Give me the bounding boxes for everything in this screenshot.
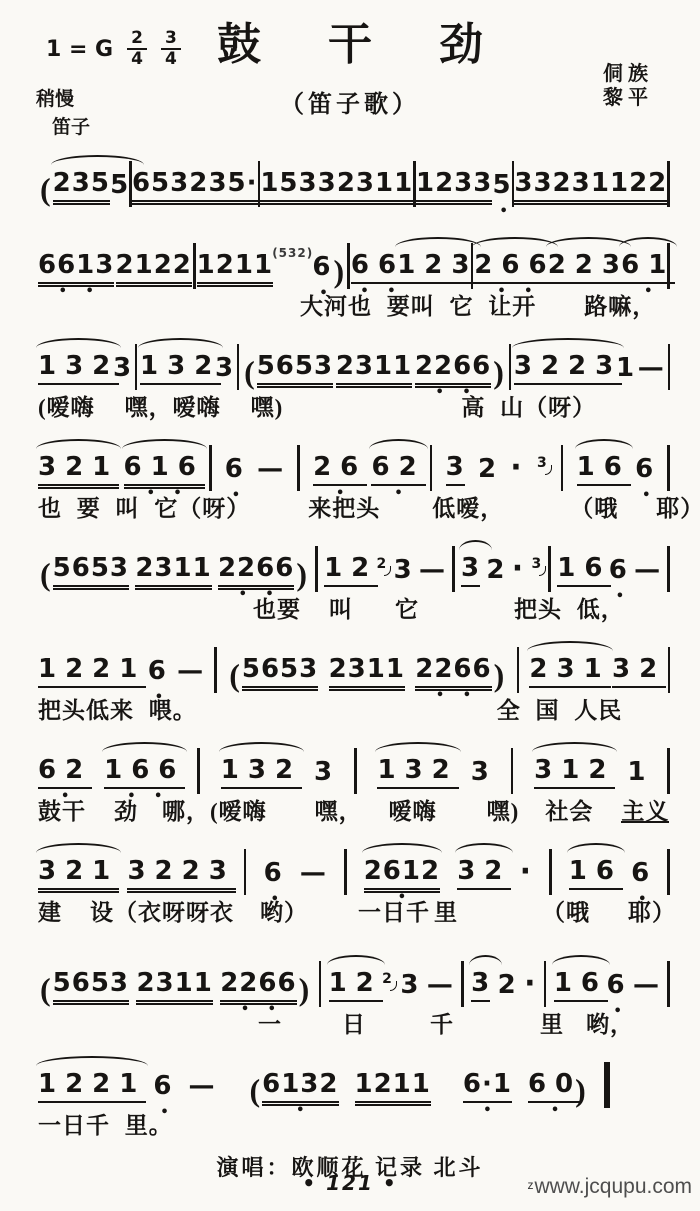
- note-group: 6•: [148, 657, 167, 688]
- barline: [344, 849, 347, 895]
- barline: [667, 849, 670, 895]
- barline: [354, 748, 357, 794]
- octave-dots: • •: [474, 282, 555, 296]
- note-group: 3223: [127, 857, 226, 890]
- slur-arc: [375, 742, 460, 753]
- note-group: 6•: [606, 971, 625, 1002]
- note-group: 2311: [329, 655, 405, 688]
- note-group: 6•: [635, 455, 654, 486]
- note-group: (6132•: [247, 1070, 338, 1103]
- note-group: 6•: [609, 556, 628, 587]
- close-paren: ): [294, 558, 309, 590]
- notes: 2311: [136, 969, 212, 1002]
- lyric-segment: 低嗳，: [432, 490, 504, 520]
- notation-line: (565323112266• •)1223—32·3166•—: [38, 531, 670, 587]
- watermark: zwww.jcqupu.com: [527, 1175, 692, 1199]
- barline: [244, 849, 247, 895]
- barline: [319, 961, 322, 1007]
- slur-arc: [36, 338, 121, 349]
- note-group: —: [638, 354, 665, 385]
- notes: 166• •: [104, 756, 185, 789]
- notes: 1233: [416, 169, 492, 202]
- notes: 1122: [591, 169, 667, 202]
- note-group: 5•: [493, 171, 512, 202]
- note-group: —: [427, 971, 454, 1002]
- grace-note: 2: [377, 557, 387, 572]
- lyrics-line: (嗳嗨嘿，嗳嗨嘿)高 山（呀）: [38, 389, 670, 419]
- note-group: 2266• •): [415, 655, 506, 688]
- close-paren: ): [573, 1074, 588, 1106]
- note-group: 132: [38, 352, 110, 385]
- note-group: 123: [397, 251, 469, 284]
- note-group: 16: [569, 857, 614, 890]
- notes: —: [177, 657, 204, 688]
- note-group: 1122: [591, 169, 667, 202]
- system-1: (2355653235·1533231112335•33231122: [38, 146, 670, 202]
- lyric-segment: 里: [540, 1006, 564, 1036]
- lyric-segment: 耶）: [656, 490, 700, 520]
- system-4: 321616• •6•—26•62•32·3166•也 要 叫 它（呀）来把头低…: [38, 430, 670, 520]
- barline: [548, 546, 551, 592]
- notes: 1221: [38, 655, 146, 688]
- note-group: 16: [554, 969, 599, 1002]
- notes: 2266• •: [220, 969, 296, 1002]
- barline: [135, 344, 138, 390]
- note-group: —: [300, 859, 327, 890]
- notes: 32: [457, 857, 511, 890]
- notes: 132: [377, 756, 458, 789]
- notes: 3: [113, 354, 132, 385]
- barline: [667, 961, 670, 1007]
- notes: ·: [510, 451, 522, 486]
- notes: 2311: [336, 352, 412, 385]
- notes: 5653: [242, 655, 318, 688]
- note-group: —: [633, 971, 660, 1002]
- notes: 6•: [264, 859, 283, 890]
- notes: ·: [524, 967, 536, 1002]
- note-group: 62•: [371, 453, 416, 486]
- slur-arc: [122, 439, 207, 450]
- open-paren: (: [38, 558, 53, 590]
- note-group: 1: [627, 758, 646, 789]
- octave-dots: • •: [124, 484, 205, 498]
- note-group: 66• •: [351, 251, 396, 284]
- slur-arc: [395, 237, 480, 248]
- notes: 6•: [148, 657, 167, 688]
- subtitle: （笛子歌）: [0, 84, 700, 119]
- lyric-segment: 嘿，: [315, 793, 363, 823]
- lyric-segment: 千: [430, 1006, 454, 1036]
- close-paren: ): [331, 255, 346, 287]
- close-paren: ): [491, 356, 506, 388]
- note-group: (5653: [38, 969, 129, 1002]
- note-group: 32: [457, 857, 502, 890]
- barline: [430, 445, 433, 491]
- notes: ·: [520, 855, 532, 890]
- notes: 5: [110, 171, 129, 202]
- slur-arc: [51, 155, 145, 166]
- note-group: 3: [400, 971, 419, 1002]
- note-group: 2266• •): [220, 969, 311, 1002]
- note-group: 3223: [514, 352, 613, 385]
- note-group: 2122: [116, 251, 192, 284]
- notes: 2: [377, 557, 387, 572]
- octave-dots: •: [38, 787, 92, 801]
- note-group: 1221: [38, 655, 137, 688]
- note-group: (5653: [227, 655, 318, 688]
- notation-line: 12216•—(565323112266• •)23132: [38, 632, 670, 688]
- note-group: 6·1•: [463, 1070, 512, 1103]
- barline: [209, 445, 212, 491]
- note-group: 132: [140, 352, 212, 385]
- note-group: 2: [486, 556, 505, 587]
- note-group: 32: [612, 655, 657, 688]
- notes: —: [419, 556, 446, 587]
- grace-note: 3: [531, 557, 541, 572]
- note-group: 616• •: [124, 453, 196, 486]
- notes: 132: [140, 352, 221, 385]
- lyrics-line: 也要叫它把头 低，: [38, 591, 670, 621]
- octave-dots: • •: [218, 585, 294, 599]
- notes: 6•: [153, 1072, 172, 1103]
- note-group: —: [177, 657, 204, 688]
- notes: 321: [38, 453, 119, 486]
- octave-dots: •: [606, 1002, 625, 1016]
- barline: [509, 344, 512, 390]
- barline: [315, 546, 318, 592]
- note-group: 62•: [38, 756, 83, 789]
- octave-dots: •: [631, 890, 650, 904]
- note-group: 2266• •): [218, 554, 309, 587]
- lyric-segment: 它: [395, 591, 419, 621]
- notes: —: [257, 455, 284, 486]
- barline: [452, 546, 455, 592]
- barline: [668, 647, 671, 693]
- lyric-segment: 设（衣呀呀衣: [90, 894, 234, 924]
- notes: 1533: [260, 169, 336, 202]
- open-paren: (: [38, 973, 53, 1005]
- barline: [237, 344, 240, 390]
- octave-dots: •: [313, 484, 367, 498]
- barline: [347, 243, 350, 289]
- octave-dots: •: [371, 484, 425, 498]
- notes: 1211: [355, 1070, 431, 1103]
- notes: —: [300, 859, 327, 890]
- note-group: 2: [498, 971, 517, 1002]
- note-group: 5: [110, 171, 129, 202]
- system-9: (565323112266• •)1223—32·166•—一日千里哟，: [38, 946, 670, 1036]
- note-group: 223: [548, 251, 620, 284]
- notes: —: [188, 1072, 215, 1103]
- lyric-segment: 建: [38, 894, 62, 924]
- note-group: 3: [394, 556, 413, 587]
- slur-arc: [219, 742, 304, 753]
- notation-line: 13231323(565323112266• •)32231—: [38, 329, 670, 385]
- lyric-segment: (嗳嗨: [38, 389, 95, 419]
- grace-note: 2: [382, 972, 392, 987]
- barline: [197, 748, 200, 794]
- note-group: 3: [314, 758, 333, 789]
- note-group: 2311: [336, 352, 412, 385]
- notes: 2: [382, 972, 392, 987]
- octave-dots: • •: [415, 686, 491, 700]
- lyric-segment: （哦: [542, 894, 590, 924]
- slur-arc: [567, 843, 625, 854]
- notes: 223: [548, 251, 629, 284]
- notes: 266• •: [474, 251, 555, 284]
- notation-line: 62•166• •132313233121: [38, 733, 670, 789]
- slur-arc: [459, 540, 492, 551]
- barline: [544, 961, 547, 1007]
- barline: [667, 546, 670, 592]
- notes: 62•: [38, 756, 92, 789]
- note-group: (235: [38, 169, 110, 202]
- system-8: 32132236•—2612•32·166•建设（衣呀呀衣哟）一日千里（哦耶）: [38, 834, 670, 924]
- lyric-segment: 把头低来 喂。: [38, 692, 197, 722]
- note-group: 6•: [631, 859, 650, 890]
- notes: 2: [478, 455, 497, 486]
- notes: 1: [627, 758, 646, 789]
- slur-arc: [512, 338, 624, 349]
- note-group: 1: [616, 354, 635, 385]
- slur-arc: [362, 843, 442, 854]
- open-paren: (: [247, 1074, 262, 1106]
- notes: 321: [38, 857, 119, 890]
- notes: 6•: [312, 253, 331, 284]
- notes: 2266• •: [415, 352, 491, 385]
- system-3: 13231323(565323112266• •)32231—(嗳嗨嘿，嗳嗨嘿)…: [38, 329, 670, 419]
- notes: 312: [534, 756, 615, 789]
- region-line-1: 侗 族: [603, 62, 648, 86]
- note-group: 2311: [135, 554, 211, 587]
- notes: 26•: [313, 453, 367, 486]
- score-header: 1 = G 2434 鼓 干 劲 稍慢 （笛子歌） 侗 族 黎 平 笛子: [0, 0, 700, 140]
- notes: 3223: [127, 857, 235, 890]
- lyric-segment: 全 国 人民: [497, 692, 623, 722]
- notes: 231: [529, 655, 610, 688]
- notes: 3223: [514, 352, 622, 385]
- notes: 6•: [225, 455, 244, 486]
- lyrics-line: 把头低来 喂。全 国 人民: [38, 692, 670, 722]
- notation-score: (2355653235·1533231112335•332311226613• …: [0, 140, 700, 1137]
- notes: 3: [215, 354, 234, 385]
- slur-arc: [619, 237, 677, 248]
- system-2: 6613• •21221211(532)6•)66• •123266• •223…: [38, 228, 670, 318]
- notes: —: [634, 556, 661, 587]
- notes: 5653: [53, 554, 129, 587]
- open-paren: (: [38, 173, 53, 205]
- barline: [214, 647, 217, 693]
- notes: 3: [400, 971, 419, 1002]
- notes: 235: [53, 169, 110, 202]
- notes: 35·: [208, 169, 257, 202]
- slur-arc: [327, 955, 385, 966]
- octave-dots: • •: [351, 282, 405, 296]
- note-group: 6•: [153, 1072, 172, 1103]
- octave-dots: •: [262, 1101, 338, 1115]
- note-group: ·: [510, 451, 522, 486]
- note-group: 3: [471, 758, 490, 789]
- system-7: 62•166• •132313233121鼓干劲哪，(嗳嗨嘿，嗳嗨嘿)社会主义: [38, 733, 670, 823]
- close-paren: ): [492, 659, 507, 691]
- note-group: 3: [461, 554, 480, 587]
- slur-arc: [532, 742, 617, 753]
- notes: 62•: [371, 453, 425, 486]
- octave-dots: •: [264, 890, 283, 904]
- notes: 132: [38, 352, 119, 385]
- barline: [667, 445, 670, 491]
- notes: 3: [446, 453, 465, 486]
- note-group: 132: [221, 756, 293, 789]
- notes: —: [427, 971, 454, 1002]
- notes: 6·1•: [463, 1070, 512, 1103]
- slur-arc: [455, 843, 513, 854]
- notation-line: 12216•—(6132•12116·1•60•): [38, 1047, 455, 1103]
- notes: 2311: [329, 655, 405, 688]
- octave-dots: • •: [220, 1000, 296, 1014]
- grace-note: 3: [537, 456, 547, 471]
- lyric-segment: 嗳嗨: [389, 793, 437, 823]
- system-6: 12216•—(565323112266• •)23132把头低来 喂。全 国 …: [38, 632, 670, 722]
- notes: 5653: [257, 352, 333, 385]
- watermark-mark-icon: z: [527, 1178, 533, 1192]
- note-group: 6•): [312, 252, 346, 284]
- note-group: 6532: [132, 169, 208, 202]
- notes: 61•: [621, 251, 675, 284]
- final-barline: [604, 1062, 610, 1108]
- barline: [668, 344, 671, 390]
- notes: ·: [512, 552, 524, 587]
- notes: 5653: [53, 969, 129, 1002]
- barline: [561, 445, 564, 491]
- slur-arc: [527, 641, 612, 652]
- slur-arc: [102, 742, 187, 753]
- note-group: 321: [38, 857, 110, 890]
- notation-line: (565323112266• •)1223—32·166•—: [38, 946, 670, 1002]
- note-group: ·: [524, 967, 536, 1002]
- octave-dots: •: [312, 284, 331, 298]
- notes: 3: [394, 556, 413, 587]
- notation-line: (2355653235·1533231112335•33231122: [38, 146, 670, 202]
- octave-dots: •: [364, 888, 440, 902]
- note-group: —: [257, 455, 284, 486]
- octave-dots: • •: [415, 383, 491, 397]
- notes: —: [638, 354, 665, 385]
- note-group: (5653: [38, 554, 129, 587]
- octave-dots: •: [148, 688, 167, 702]
- notes: 616• •: [124, 453, 205, 486]
- notes: 16: [577, 453, 631, 486]
- octave-dots: •: [463, 1101, 512, 1115]
- slur-arc: [36, 1056, 148, 1067]
- barline: [667, 748, 670, 794]
- system-10: 12216•—(6132•12116·1•60•)一日千 里。: [38, 1047, 670, 1137]
- note-group: 266• •: [474, 251, 546, 284]
- note-group: 2311: [337, 169, 413, 202]
- open-paren: (: [242, 356, 257, 388]
- notes: 2612•: [364, 857, 440, 890]
- notes: 2122: [116, 251, 192, 284]
- notes: 2311: [135, 554, 211, 587]
- notation-line: 32132236•—2612•32·166•: [38, 834, 670, 890]
- notes: 6•: [609, 556, 628, 587]
- lyric-segment: 社会: [545, 793, 593, 823]
- note-group: —: [419, 556, 446, 587]
- notes: 16: [569, 857, 623, 890]
- notes: 3: [314, 758, 333, 789]
- note-group: 3: [446, 453, 465, 486]
- notes: 3: [471, 758, 490, 789]
- note-group: —: [188, 1072, 215, 1103]
- note-group: 2266• •): [415, 352, 506, 385]
- note-group: 3: [471, 969, 490, 1002]
- note-group: ·: [520, 855, 532, 890]
- lyric-segment: 嘿，嗳嗨: [125, 389, 221, 419]
- notation-line: 321616• •6•—26•62•32·3166•: [38, 430, 670, 486]
- note-group: —: [634, 556, 661, 587]
- octave-dots: • •: [38, 282, 114, 296]
- notes: 2266• •: [218, 554, 294, 587]
- note-group: 6•: [264, 859, 283, 890]
- notes: 12: [329, 969, 383, 1002]
- octave-dots: •: [493, 202, 512, 216]
- note-group: 6•: [225, 455, 244, 486]
- note-group: 312: [534, 756, 606, 789]
- lyric-segment: 嘿): [487, 793, 520, 823]
- lyrics-line: 建设（衣呀呀衣哟）一日千里（哦耶）: [38, 894, 670, 924]
- notes: 2311: [337, 169, 413, 202]
- notes: 3: [471, 969, 490, 1002]
- slur-arc: [575, 439, 633, 450]
- slur-arc: [36, 843, 121, 854]
- note-group: 1233: [416, 169, 492, 202]
- notes: 6•: [635, 455, 654, 486]
- note-group: 6613• •: [38, 251, 114, 284]
- notes: 5•: [493, 171, 512, 202]
- barline: [461, 961, 464, 1007]
- barline: [667, 161, 670, 207]
- notes: 3: [531, 557, 541, 572]
- slur-arc: [138, 338, 223, 349]
- note-group: 16: [557, 554, 602, 587]
- barline: [517, 647, 520, 693]
- note-group: 1533: [260, 169, 336, 202]
- notes: 2: [498, 971, 517, 1002]
- instrument-label: 笛子: [52, 112, 90, 139]
- notes: 3: [537, 456, 547, 471]
- slur-arc: [552, 955, 610, 966]
- notes: 2266• •: [415, 655, 491, 688]
- page-title: 鼓 干 劲: [0, 8, 700, 72]
- region-line-2: 黎 平: [603, 86, 648, 110]
- note-group: 166• •: [104, 756, 176, 789]
- ornament: (532): [272, 247, 313, 260]
- watermark-url: www.jcqupu.com: [534, 1175, 692, 1198]
- notes: 132: [221, 756, 302, 789]
- notes: 123: [397, 251, 478, 284]
- octave-dots: •: [225, 486, 244, 500]
- notes: 6•: [631, 859, 650, 890]
- notes: 6•: [606, 971, 625, 1002]
- notes: 16: [554, 969, 608, 1002]
- slur-arc: [36, 439, 121, 450]
- note-group: 60•): [528, 1070, 588, 1103]
- note-group: 1211: [355, 1070, 431, 1103]
- octave-dots: •: [609, 587, 628, 601]
- octave-dots: •: [635, 486, 654, 500]
- barline: [549, 849, 552, 895]
- note-group: 1211: [197, 251, 273, 284]
